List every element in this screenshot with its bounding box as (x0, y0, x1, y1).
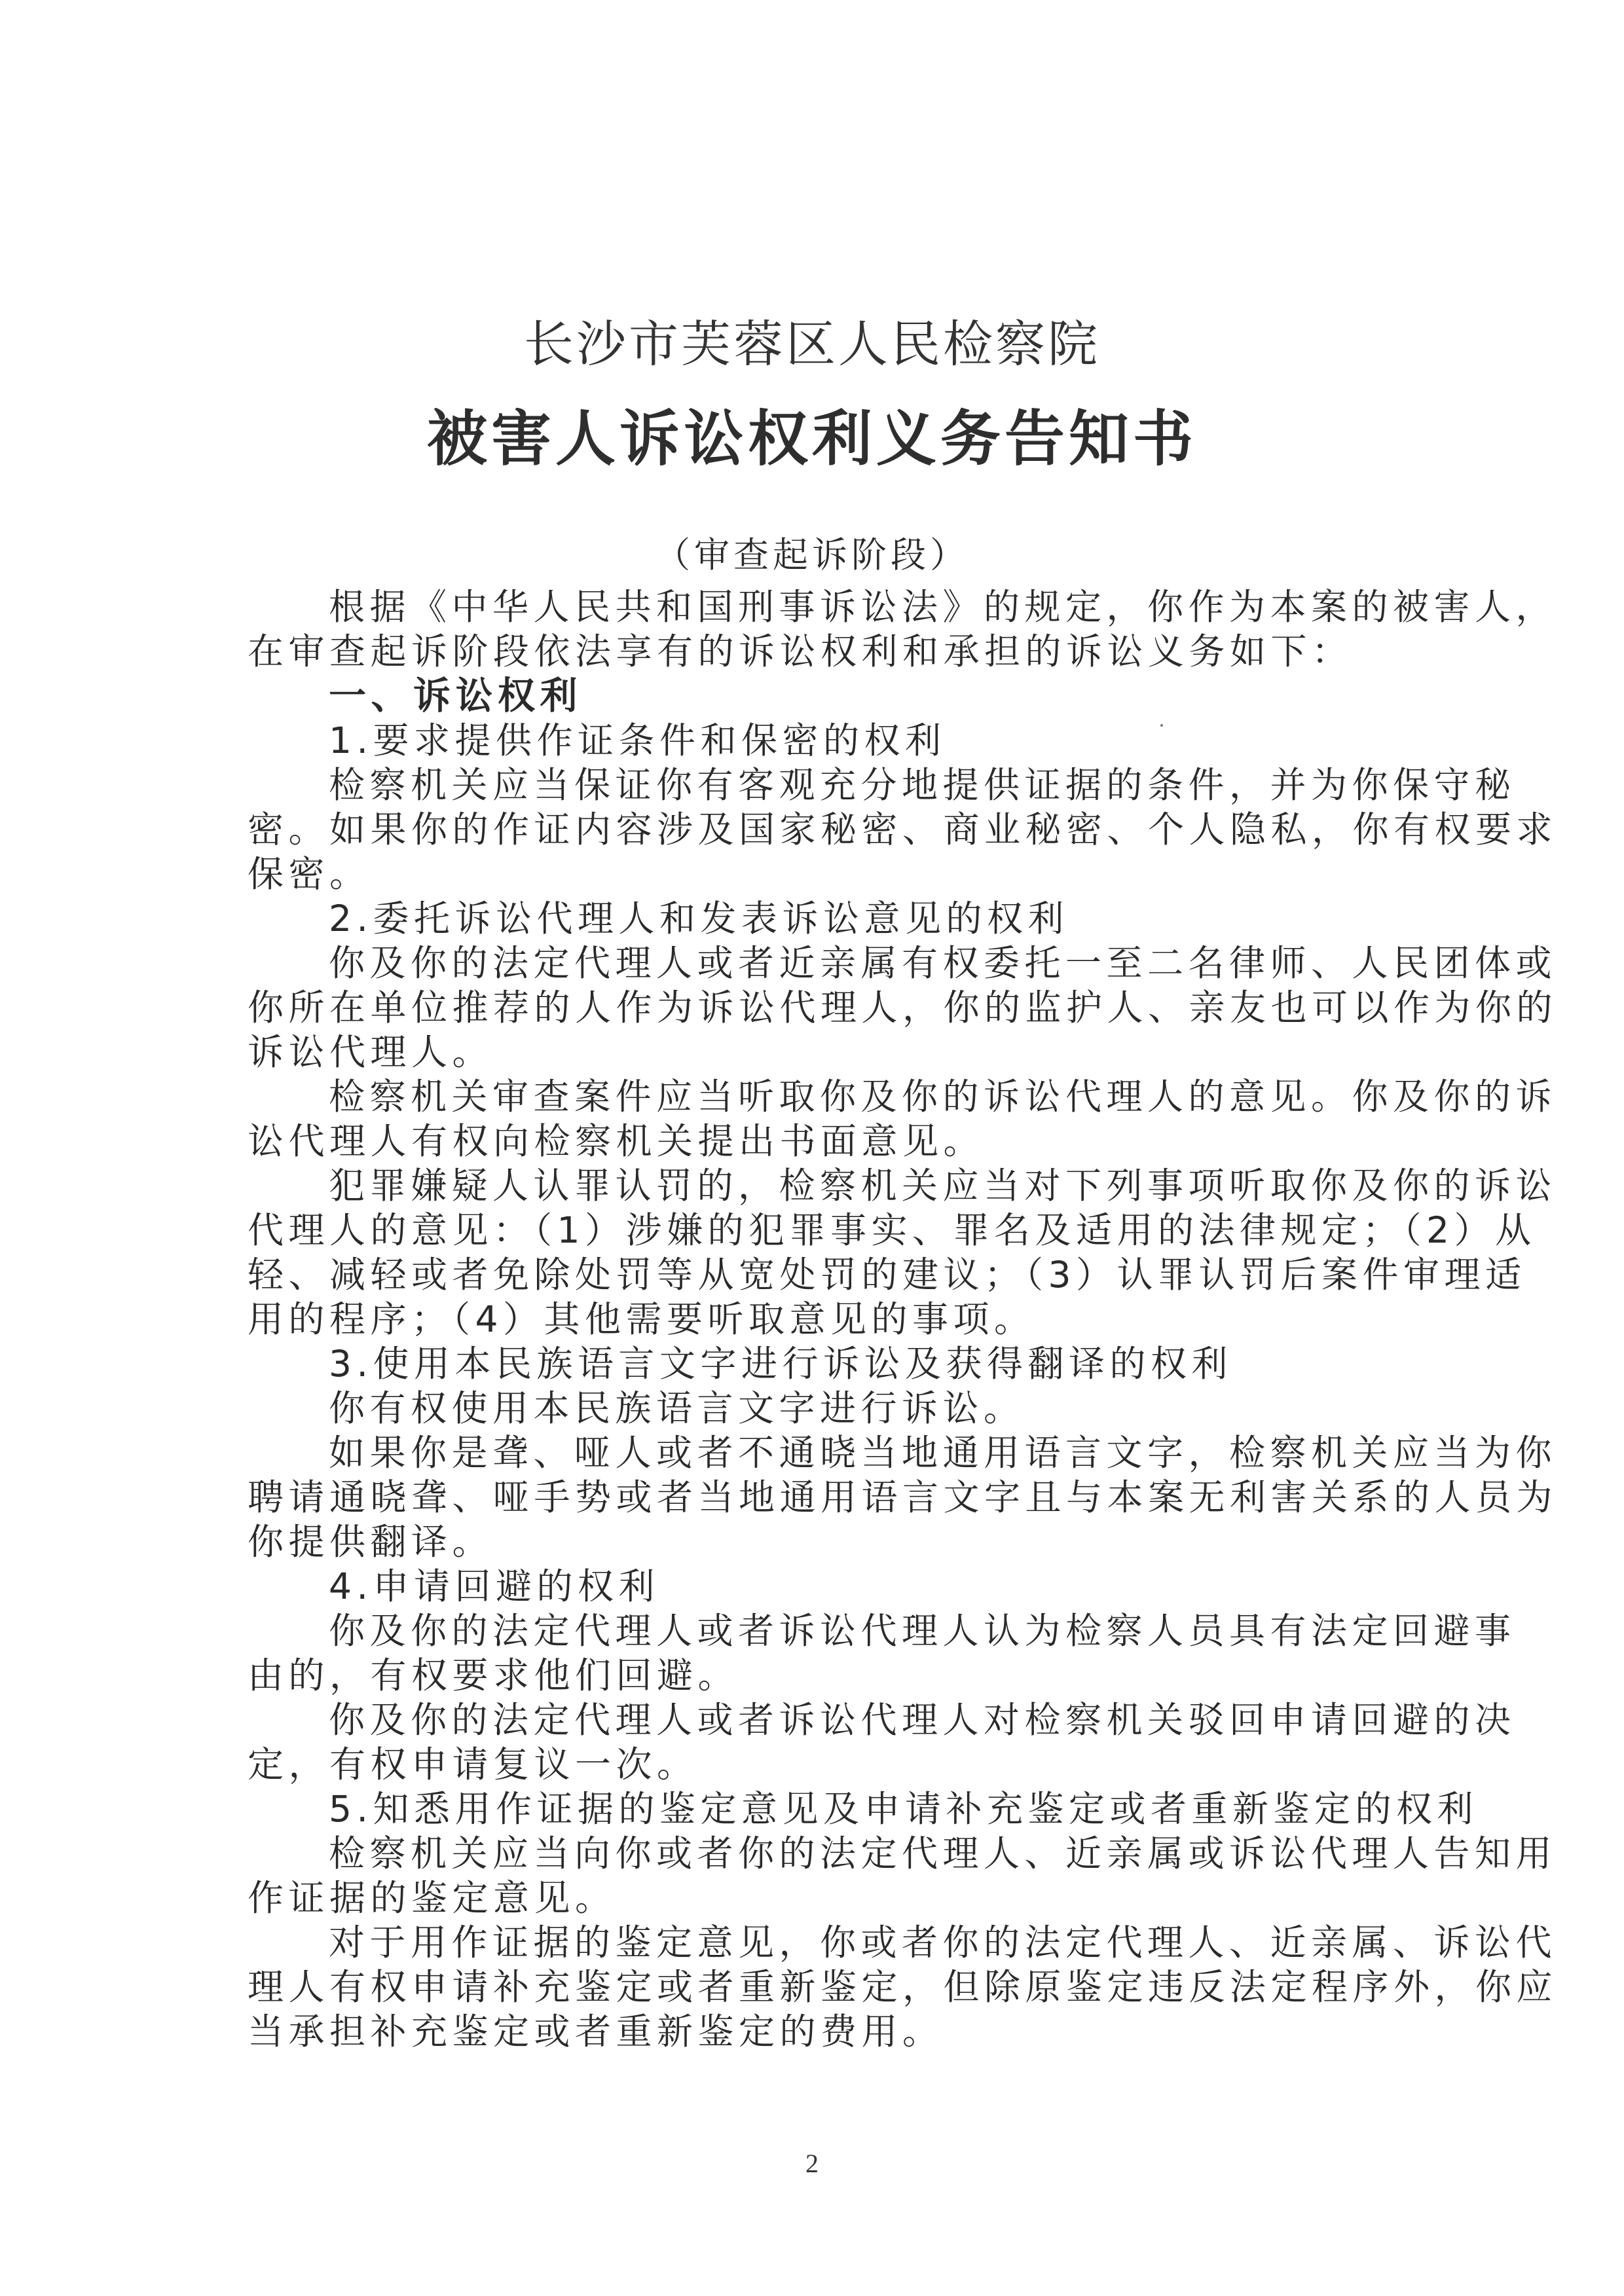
institution-name: 长沙市芙蓉区人民检察院 (0, 313, 1624, 376)
body-line: 根据《中华人民共和国刑事诉讼法》的规定，你作为本案的被害人， (248, 585, 1446, 629)
body-line: 你及你的法定代理人或者近亲属有权委托一至二名律师、人民团体或 (248, 941, 1446, 985)
body-line: 聘请通晓聋、哑手势或者当地通用语言文字且与本案无利害关系的人员为 (248, 1475, 1446, 1520)
document-title: 被害人诉讼权利义务告知书 (0, 403, 1624, 475)
body-line: 对于用作证据的鉴定意见，你或者你的法定代理人、近亲属、诉讼代 (248, 1920, 1446, 1965)
body-line: 保密。 (248, 852, 1446, 896)
body-line: 用的程序；（4）其他需要听取意见的事项。 (248, 1297, 1446, 1341)
body-line: 诉讼代理人。 (248, 1030, 1446, 1074)
body-line: 你及你的法定代理人或者诉讼代理人对检察机关驳回申请回避的决 (248, 1698, 1446, 1742)
body-line: 代理人的意见：（1）涉嫌的犯罪事实、罪名及适用的法律规定；（2）从 (248, 1208, 1446, 1252)
body-line: 密。如果你的作证内容涉及国家秘密、商业秘密、个人隐私，你有权要求 (248, 807, 1446, 852)
body-line: 检察机关应当向你或者你的法定代理人、近亲属或诉讼代理人告知用 (248, 1831, 1446, 1876)
body-line: 理人有权申请补充鉴定或者重新鉴定，但除原鉴定违反法定程序外，你应 (248, 1965, 1446, 2009)
section-heading: 一、诉讼权利 (248, 674, 1446, 718)
body-line: 1.要求提供作证条件和保密的权利 (248, 718, 1446, 763)
body-line: 讼代理人有权向检察机关提出书面意见。 (248, 1119, 1446, 1163)
body-line: 检察机关应当保证你有客观充分地提供证据的条件，并为你保守秘 (248, 763, 1446, 807)
body-line: 由的，有权要求他们回避。 (248, 1653, 1446, 1698)
body-line: 当承担补充鉴定或者重新鉴定的费用。 (248, 2009, 1446, 2054)
page-number: 2 (0, 2147, 1624, 2180)
body-line: 检察机关审查案件应当听取你及你的诉讼代理人的意见。你及你的诉 (248, 1074, 1446, 1119)
body-line: 作证据的鉴定意见。 (248, 1876, 1446, 1920)
document-body: 根据《中华人民共和国刑事诉讼法》的规定，你作为本案的被害人，在审查起诉阶段依法享… (248, 585, 1446, 2054)
body-line: 你及你的法定代理人或者诉讼代理人认为检察人员具有法定回避事 (248, 1609, 1446, 1653)
document-page: 长沙市芙蓉区人民检察院 被害人诉讼权利义务告知书 （审查起诉阶段） 根据《中华人… (0, 0, 1624, 2296)
body-line: 轻、减轻或者免除处罚等从宽处罚的建议；（3）认罪认罚后案件审理适 (248, 1252, 1446, 1297)
body-line: 如果你是聋、哑人或者不通晓当地通用语言文字，检察机关应当为你 (248, 1430, 1446, 1475)
body-line: 犯罪嫌疑人认罪认罚的，检察机关应当对下列事项听取你及你的诉讼 (248, 1163, 1446, 1208)
body-line: 5.知悉用作证据的鉴定意见及申请补充鉴定或者重新鉴定的权利 (248, 1787, 1446, 1831)
scan-speck (1160, 724, 1163, 727)
body-line: 4.申请回避的权利 (248, 1564, 1446, 1609)
body-line: 你提供翻译。 (248, 1520, 1446, 1564)
stage-subtitle: （审查起诉阶段） (0, 529, 1624, 581)
body-line: 3.使用本民族语言文字进行诉讼及获得翻译的权利 (248, 1341, 1446, 1386)
body-line: 你所在单位推荐的人作为诉讼代理人，你的监护人、亲友也可以作为你的 (248, 985, 1446, 1030)
body-line: 你有权使用本民族语言文字进行诉讼。 (248, 1386, 1446, 1430)
body-line: 定，有权申请复议一次。 (248, 1742, 1446, 1787)
body-line: 2.委托诉讼代理人和发表诉讼意见的权利 (248, 896, 1446, 941)
body-line: 在审查起诉阶段依法享有的诉讼权利和承担的诉讼义务如下： (248, 629, 1446, 674)
